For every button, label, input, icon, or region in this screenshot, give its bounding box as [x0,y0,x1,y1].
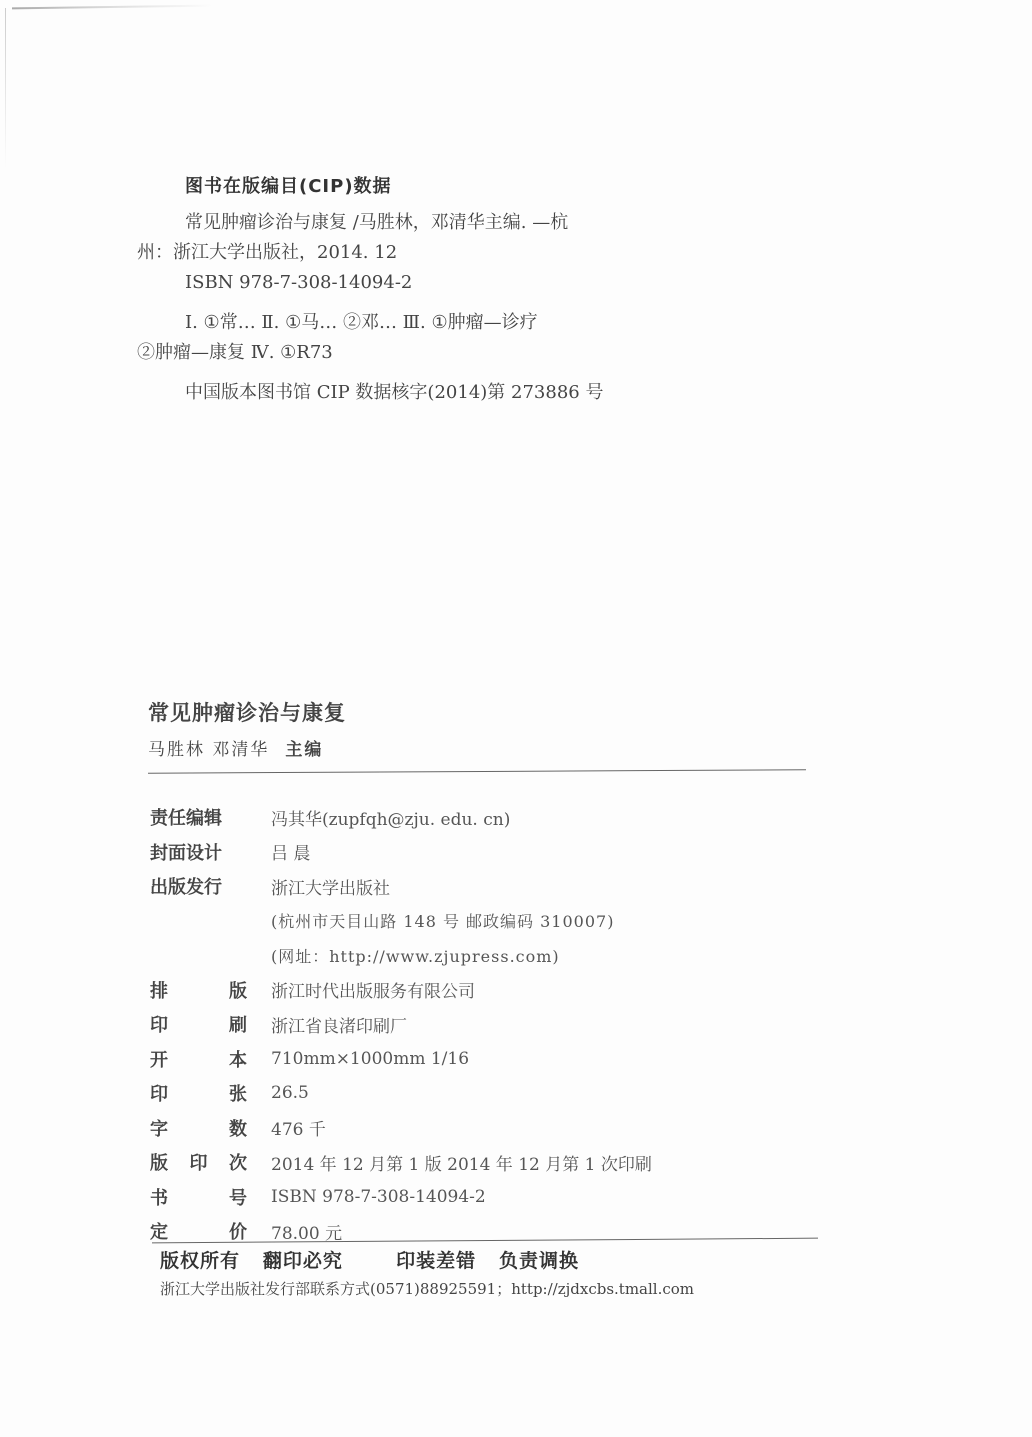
scan-edge-top [12,5,212,10]
info-row: 责任编辑冯其华(zupfqh@zju. edu. cn) [150,800,652,835]
info-value: 26.5 [271,1083,309,1103]
info-row: 印张26.5 [150,1076,652,1111]
cip-data-block: 图书在版编目(CIP)数据 常见肿瘤诊治与康复 /马胜林，邓清华主编. —杭 州… [137,172,717,408]
info-row: 排版浙江时代出版服务有限公司 [150,973,652,1008]
info-row: 书号ISBN 978-7-308-14094-2 [150,1180,652,1215]
book-editors: 马胜林 邓清华主编 [148,735,323,760]
cip-isbn: ISBN 978-7-308-14094-2 [137,268,717,298]
info-label-text: 数 [229,1115,247,1141]
scan-edge-left [5,8,6,168]
info-value: (网址：http://www.zjupress.com) [271,944,560,967]
info-label-text: 排 [150,977,168,1003]
info-label-text: 印 [190,1149,208,1175]
publication-info-table: 责任编辑冯其华(zupfqh@zju. edu. cn)封面设计吕 晨出版发行浙… [150,800,652,1249]
info-label-text: 次 [229,1149,247,1175]
editor-role: 主编 [285,740,323,760]
info-value: 浙江省良渚印刷厂 [271,1012,407,1037]
info-label: 开本 [150,1046,272,1072]
cip-entry-line-1: 常见肿瘤诊治与康复 /马胜林，邓清华主编. —杭 [137,208,717,238]
info-label-text: 版 [150,1149,168,1175]
info-value: (杭州市天目山路 148 号 邮政编码 310007) [271,909,614,932]
info-value: 710mm×1000mm 1/16 [271,1049,469,1069]
info-label-text: 本 [229,1046,247,1072]
info-label-text: 号 [229,1184,247,1210]
info-label-text: 刷 [229,1011,247,1037]
info-label-text: 封面设计 [150,839,222,865]
info-label-text: 开 [150,1046,168,1072]
info-row: (杭州市天目山路 148 号 邮政编码 310007) [150,904,652,939]
info-row: 封面设计吕 晨 [150,835,652,870]
info-row: (网址：http://www.zjupress.com) [150,938,652,973]
info-row: 开本710mm×1000mm 1/16 [150,1042,652,1077]
info-value: 78.00 元 [271,1219,342,1244]
info-value: 浙江时代出版服务有限公司 [271,977,475,1002]
cip-subject-line-2: ②肿瘤—康复 Ⅳ. ①R73 [137,338,717,368]
info-label-text: 张 [229,1080,247,1106]
info-value: 476 千 [271,1115,326,1140]
info-label-text: 版 [229,977,247,1003]
info-label-text: 定 [150,1218,168,1244]
title-divider [148,769,806,773]
info-value: 冯其华(zupfqh@zju. edu. cn) [271,805,510,830]
info-row: 出版发行浙江大学出版社 [150,869,652,904]
info-label-text: 责任编辑 [150,804,222,830]
info-value: 2014 年 12 月第 1 版 2014 年 12 月第 1 次印刷 [271,1150,652,1175]
info-label: 排版 [150,977,272,1003]
info-value: ISBN 978-7-308-14094-2 [271,1187,486,1207]
info-row: 版印次2014 年 12 月第 1 版 2014 年 12 月第 1 次印刷 [150,1145,652,1180]
info-label: 版印次 [150,1149,272,1175]
info-label-text: 印 [150,1011,168,1037]
info-label: 责任编辑 [150,804,272,830]
cip-subject-line-1: Ⅰ. ①常… Ⅱ. ①马… ②邓… Ⅲ. ①肿瘤—诊疗 [137,308,717,338]
info-label-text: 价 [229,1218,247,1244]
info-value: 浙江大学出版社 [271,874,390,899]
info-row: 印刷浙江省良渚印刷厂 [150,1007,652,1042]
info-label: 定价 [150,1218,272,1244]
copyright-notice: 版权所有 翻印必究 印装差错 负责调换 [160,1246,579,1273]
cip-title: 图书在版编目(CIP)数据 [185,172,717,198]
book-title: 常见肿瘤诊治与康复 [148,697,346,727]
info-label: 封面设计 [150,839,272,865]
info-label-text: 书 [150,1184,168,1210]
info-label-text: 印 [150,1080,168,1106]
info-label: 印张 [150,1080,272,1106]
info-label: 印刷 [150,1011,272,1037]
cip-approval-number: 中国版本图书馆 CIP 数据核字(2014)第 273886 号 [137,378,717,408]
info-row: 字数476 千 [150,1111,652,1146]
info-label: 字数 [150,1115,272,1141]
editor-names: 马胜林 邓清华 [148,740,269,760]
info-value: 吕 晨 [271,839,310,864]
info-label-text: 字 [150,1115,168,1141]
info-label: 书号 [150,1184,272,1210]
publisher-contact: 浙江大学出版社发行部联系方式(0571)88925591；http://zjdx… [160,1278,694,1299]
cip-entry-line-2: 州：浙江大学出版社，2014. 12 [137,238,717,268]
info-label-text: 出版发行 [150,873,222,899]
info-row: 定价78.00 元 [150,1214,652,1249]
info-label: 出版发行 [150,873,272,899]
